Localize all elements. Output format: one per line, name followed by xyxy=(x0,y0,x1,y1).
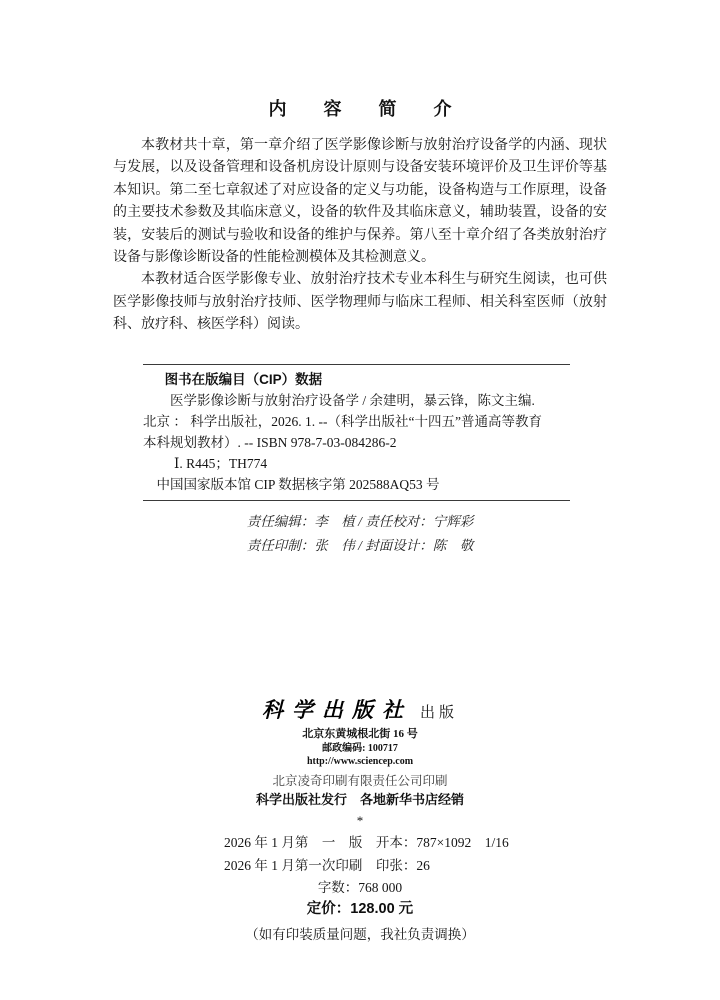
intro-paragraph-1: 本教材共十章，第一章介绍了医学影像诊断与放射治疗设备学的内涵、现状与发展，以及设… xyxy=(113,135,607,269)
publisher-address: 北京东黄城根北街 16 号 xyxy=(113,727,607,742)
price-line: 定价：128.00 元 xyxy=(113,898,607,920)
staff-credits: 责任编辑：李 植 / 责任校对：宁辉彩 责任印制：张 伟 / 封面设计：陈 敬 xyxy=(113,510,607,558)
quality-exchange-note: （如有印装质量问题，我社负责调换） xyxy=(113,925,607,945)
credit-editor-line: 责任编辑：李 植 / 责任校对：宁辉彩 xyxy=(113,510,607,534)
page-content: 内 容 简 介 本教材共十章，第一章介绍了医学影像诊断与放射治疗设备学的内涵、现… xyxy=(0,0,720,945)
intro-paragraph-2: 本教材适合医学影像专业、放射治疗技术专业本科生与研究生阅读，也可供医学影像技师与… xyxy=(113,269,607,336)
publisher-logo: 科学出版社 xyxy=(262,698,412,722)
cip-data-box: 图书在版编目（CIP）数据 医学影像诊断与放射治疗设备学 / 余建明，暴云锋，陈… xyxy=(143,364,570,501)
cip-isbn-line: 本科规划教材）. -- ISBN 978-7-03-084286-2 xyxy=(143,432,570,453)
cip-heading: 图书在版编目（CIP）数据 xyxy=(143,369,570,390)
publisher-website: http://www.sciencep.com xyxy=(113,755,607,768)
book-copyright-page: 内 容 简 介 本教材共十章，第一章介绍了医学影像诊断与放射治疗设备学的内涵、现… xyxy=(0,0,720,1000)
page-title: 内 容 简 介 xyxy=(113,96,607,122)
credit-printer-line: 责任印制：张 伟 / 封面设计：陈 敬 xyxy=(113,534,607,558)
impression-line: 2026 年 1 月第一次印刷 印张：26 xyxy=(224,854,496,877)
cip-title-authors-line: 医学影像诊断与放射治疗设备学 / 余建明，暴云锋，陈文主编. xyxy=(143,390,570,411)
intro-text: 本教材共十章，第一章介绍了医学影像诊断与放射治疗设备学的内涵、现状与发展，以及设… xyxy=(113,135,607,337)
publisher-block: 科学出版社出版 北京东黄城根北街 16 号 邮政编码: 100717 http:… xyxy=(113,698,607,828)
publisher-logo-suffix: 出版 xyxy=(420,705,458,721)
publisher-logo-line: 科学出版社出版 xyxy=(113,698,607,725)
divider-asterisk: * xyxy=(113,814,607,828)
word-count-line: 字数：768 000 xyxy=(113,877,607,898)
cip-publisher-line: 北京 ： 科学出版社，2026. 1. --（科学出版社“十四五”普通高等教育 xyxy=(143,411,570,432)
print-info-block: 2026 年 1 月第 一 版 开本：787×1092 1/16 2026 年 … xyxy=(113,831,607,945)
publisher-postcode: 邮政编码: 100717 xyxy=(113,742,607,755)
cip-record-number-line: 中国国家版本馆 CIP 数据核字第 202588AQ53 号 xyxy=(143,474,570,495)
edition-info: 2026 年 1 月第 一 版 开本：787×1092 1/16 2026 年 … xyxy=(224,831,496,877)
cip-classification-line: Ⅰ. R445；TH774 xyxy=(143,453,570,474)
edition-line: 2026 年 1 月第 一 版 开本：787×1092 1/16 xyxy=(224,831,496,854)
distribution-line: 科学出版社发行 各地新华书店经销 xyxy=(113,791,607,809)
printing-company: 北京凌奇印刷有限责任公司印刷 xyxy=(113,773,607,789)
